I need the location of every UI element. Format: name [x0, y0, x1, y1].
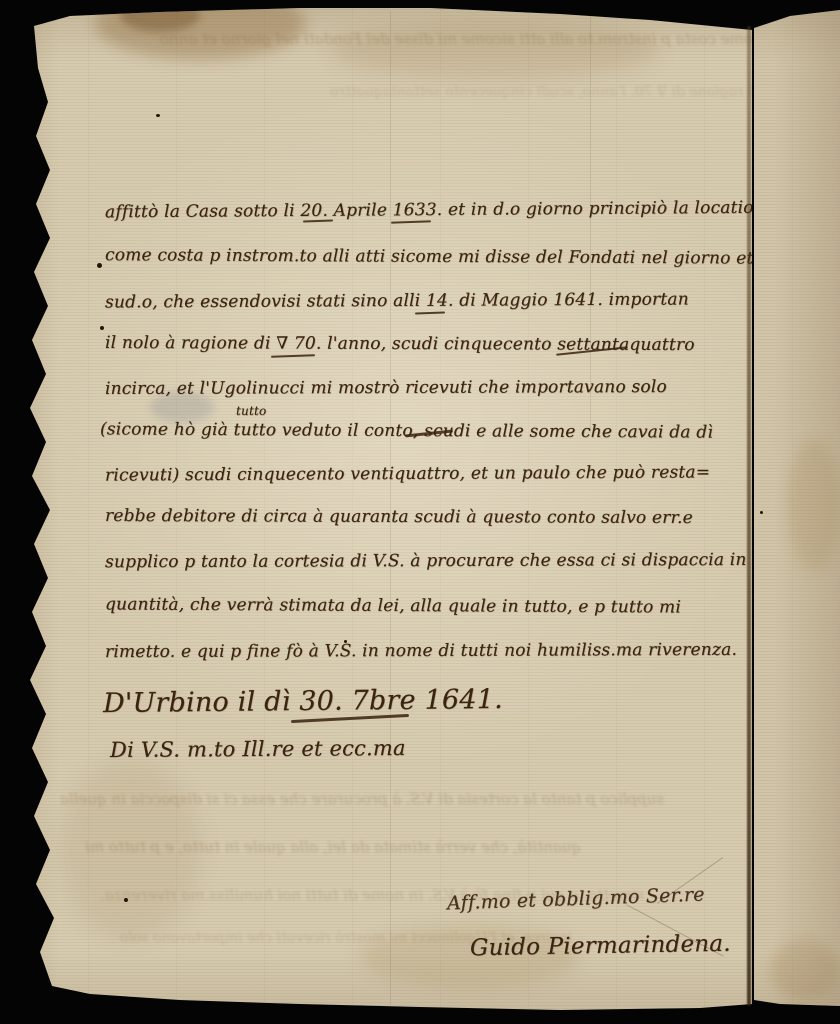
letter-line: incirca, et l'Ugolinucci mi mostrò ricev… [105, 377, 667, 399]
bleedthrough-text: il nolo à ragione di ∇ 70. l'anno, scudi… [330, 84, 804, 100]
stain [770, 940, 840, 1000]
manuscript-scan: come costa p instrom.to alli atti sicome… [0, 0, 840, 1024]
underline-stroke [391, 220, 431, 223]
ink-blot [156, 114, 160, 117]
letter-line: affittò la Casa sotto li 20. Aprile 1633… [105, 198, 775, 223]
bleedthrough-text: supplico p tanto la cortesia di V.S. à p… [60, 790, 664, 808]
underline-stroke [271, 354, 315, 358]
stain [120, 0, 200, 32]
letter-line: come costa p instrom.to alli atti sicome… [105, 245, 802, 269]
letter-line: quantità, che verrà stimata da lei, alla… [105, 594, 681, 617]
ink-blot [97, 263, 102, 268]
letter-line: il nolo à ragione di ∇ 70. l'anno, scudi… [105, 333, 695, 355]
stain [788, 440, 840, 570]
underline-stroke [303, 219, 333, 222]
letter-line: ricevuti) scudi cinquecento ventiquattro… [105, 462, 710, 485]
bleedthrough-text: quantità, che verrà stimata da lei, alla… [85, 838, 581, 856]
bleedthrough-text: come costa p instrom.to alli atti sicome… [160, 30, 761, 48]
addressee-line: Di V.S. m.to Ill.re et ecc.ma [110, 736, 406, 762]
underline-stroke [415, 311, 445, 314]
letter-line: supplico p tanto la cortesia di V.S. à p… [105, 550, 806, 572]
ink-blot [100, 326, 104, 330]
signature-name: Guido Piermarindena. [470, 931, 731, 962]
letter-line: sud.o, che essendovisi stati sino alli 1… [105, 289, 689, 312]
dateline: D'Urbino il dì 30. 7bre 1641. [103, 684, 503, 719]
letter-line: rebbe debitore di circa à quaranta scudi… [105, 506, 693, 528]
letter-line: rimetto. e qui p fine fò à V.S. in nome … [105, 640, 737, 662]
interlinear-insertion: tutto [236, 404, 266, 418]
letter-page: come costa p instrom.to alli atti sicome… [0, 0, 840, 1024]
letter-line: (sicome hò già tutto veduto il conto, sc… [100, 419, 713, 442]
fold-crease [747, 26, 751, 1006]
ink-blot [760, 511, 763, 514]
